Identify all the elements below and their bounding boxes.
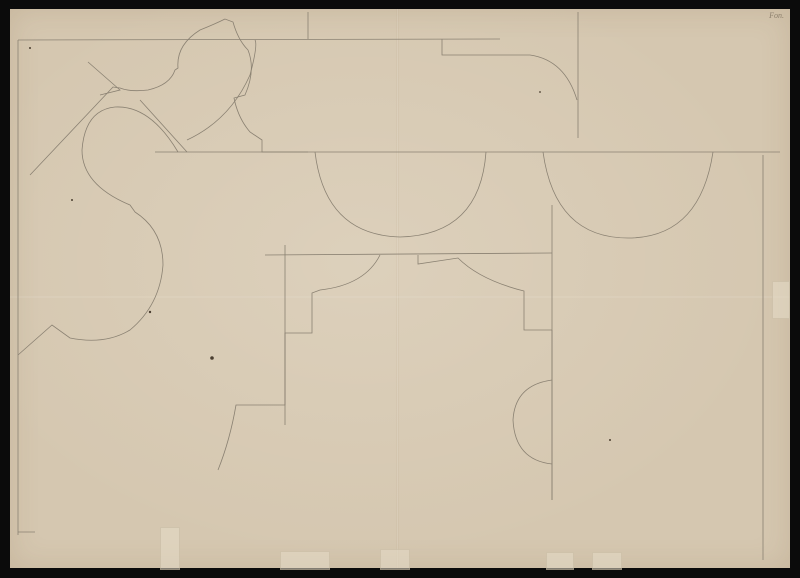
molding-profiles-drawing — [0, 0, 800, 578]
